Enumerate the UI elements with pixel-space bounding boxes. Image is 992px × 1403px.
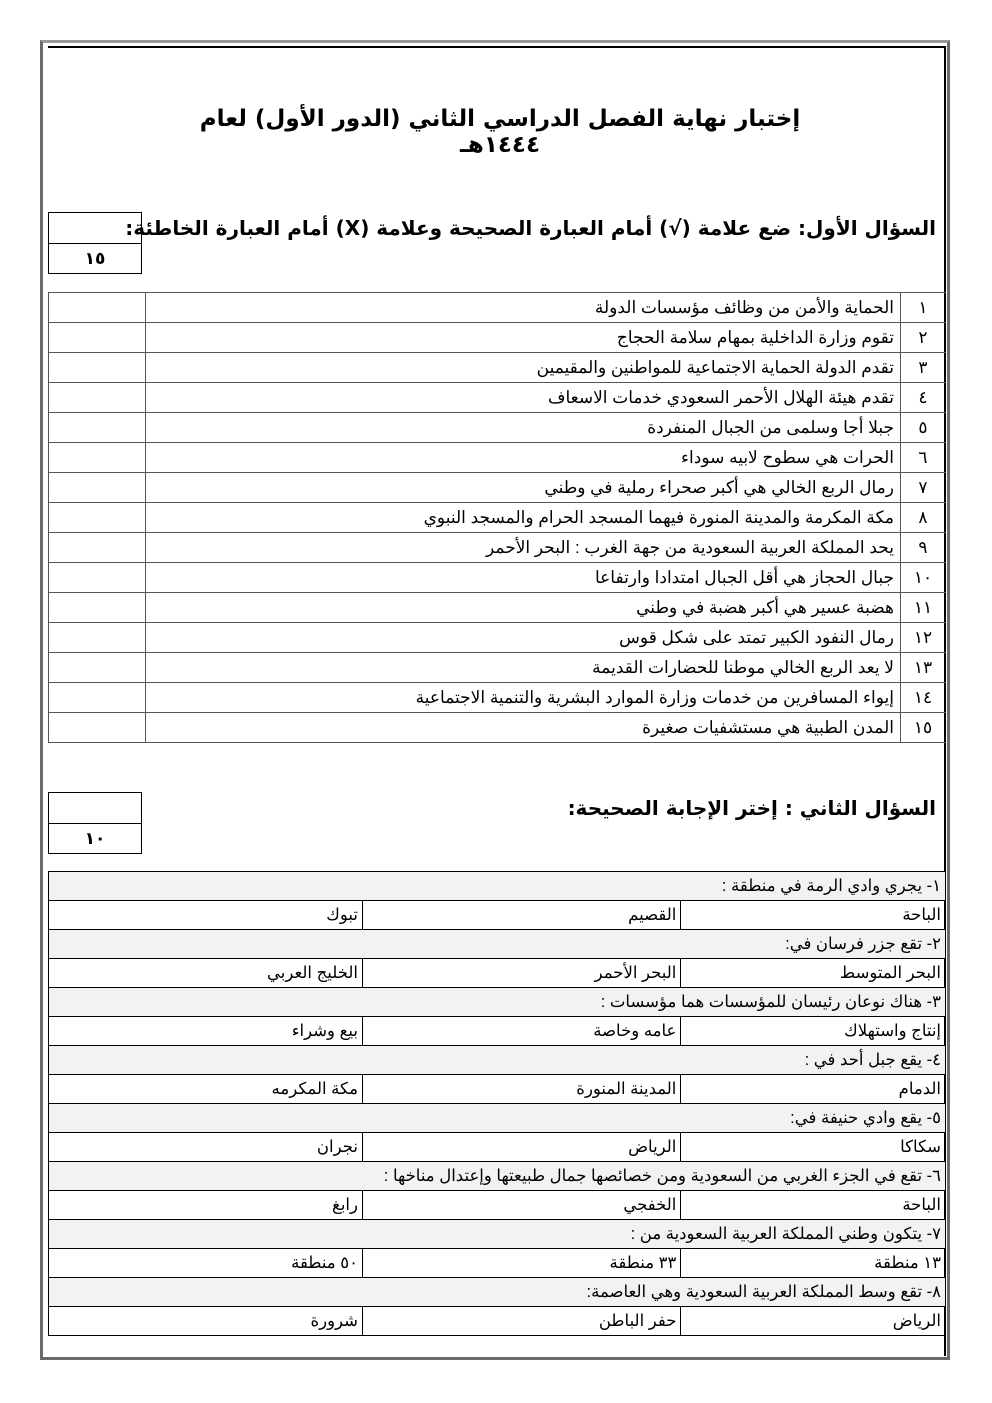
question-2-heading: السؤال الثاني : إختر الإجابة الصحيحة:	[568, 796, 936, 820]
mc-question-text: ٤- يقع جبل أحد في :	[49, 1046, 946, 1075]
statement-text: جبلا أجا وسلمى من الجبال المنفردة	[146, 413, 901, 443]
statement-number: ٦	[901, 443, 946, 473]
answer-cell[interactable]	[49, 623, 146, 653]
mc-question-row: ١- يجري وادي الرمة في منطقة :	[49, 872, 946, 901]
score-blank[interactable]	[49, 793, 141, 823]
answer-cell[interactable]	[49, 323, 146, 353]
mc-option[interactable]: حفر الباطن	[362, 1307, 680, 1336]
mc-option[interactable]: بيع وشراء	[49, 1017, 363, 1046]
answer-cell[interactable]	[49, 503, 146, 533]
statement-text: المدن الطبية هي مستشفيات صغيرة	[146, 713, 901, 743]
answer-cell[interactable]	[49, 593, 146, 623]
answer-cell[interactable]	[49, 353, 146, 383]
statement-text: تقدم الدولة الحماية الاجتماعية للمواطنين…	[146, 353, 901, 383]
statement-number: ٣	[901, 353, 946, 383]
statement-row: ٣تقدم الدولة الحماية الاجتماعية للمواطني…	[49, 353, 946, 383]
statement-text: يحد المملكة العربية السعودية من جهة الغر…	[146, 533, 901, 563]
statement-text: لا يعد الربع الخالي موطنا للحضارات القدي…	[146, 653, 901, 683]
mc-question-row: ٧- يتكون وطني المملكة العربية السعودية م…	[49, 1220, 946, 1249]
mc-question-row: ٨- تقع وسط المملكة العربية السعودية وهي …	[49, 1278, 946, 1307]
mc-option[interactable]: الباحة	[681, 1191, 946, 1220]
mc-option[interactable]: مكة المكرمه	[49, 1075, 363, 1104]
statement-text: الحرات هي سطوح لابيه سوداء	[146, 443, 901, 473]
mc-option[interactable]: المدينة المنورة	[362, 1075, 680, 1104]
statement-number: ١	[901, 293, 946, 323]
statement-number: ١٢	[901, 623, 946, 653]
answer-cell[interactable]	[49, 443, 146, 473]
score-total: ١٠	[49, 823, 141, 853]
mc-question-text: ٨- تقع وسط المملكة العربية السعودية وهي …	[49, 1278, 946, 1307]
statement-text: رمال الربع الخالي هي أكبر صحراء رملية في…	[146, 473, 901, 503]
statement-number: ٥	[901, 413, 946, 443]
mc-question-row: ٦- تقع في الجزء الغربي من السعودية ومن خ…	[49, 1162, 946, 1191]
mc-option[interactable]: ١٣ منطقة	[681, 1249, 946, 1278]
answer-cell[interactable]	[49, 563, 146, 593]
mc-options-row: إنتاج واستهلاكعامه وخاصةبيع وشراء	[49, 1017, 946, 1046]
statement-row: ١٠جبال الحجاز هي أقل الجبال امتدادا وارت…	[49, 563, 946, 593]
answer-cell[interactable]	[49, 473, 146, 503]
mc-option[interactable]: رابغ	[49, 1191, 363, 1220]
frame-inner-line	[48, 46, 946, 48]
mc-option[interactable]: إنتاج واستهلاك	[681, 1017, 946, 1046]
mc-question-row: ٣- هناك نوعان رئيسان للمؤسسات هما مؤسسات…	[49, 988, 946, 1017]
statement-row: ١الحماية والأمن من وظائف مؤسسات الدولة	[49, 293, 946, 323]
statement-row: ١٥المدن الطبية هي مستشفيات صغيرة	[49, 713, 946, 743]
statement-number: ٩	[901, 533, 946, 563]
mc-question-text: ٣- هناك نوعان رئيسان للمؤسسات هما مؤسسات…	[49, 988, 946, 1017]
statement-text: تقوم وزارة الداخلية بمهام سلامة الحجاج	[146, 323, 901, 353]
mc-question-text: ٥- يقع وادي حنيفة في:	[49, 1104, 946, 1133]
mc-options-row: ١٣ منطقة٣٣ منطقة٥٠ منطقة	[49, 1249, 946, 1278]
mc-question-row: ٥- يقع وادي حنيفة في:	[49, 1104, 946, 1133]
mc-option[interactable]: ٣٣ منطقة	[362, 1249, 680, 1278]
statement-number: ١١	[901, 593, 946, 623]
mc-question-row: ٤- يقع جبل أحد في :	[49, 1046, 946, 1075]
answer-cell[interactable]	[49, 293, 146, 323]
mc-question-row: ٢- تقع جزر فرسان في:	[49, 930, 946, 959]
statement-number: ١٤	[901, 683, 946, 713]
mc-option[interactable]: البحر المتوسط	[681, 959, 946, 988]
mc-question-text: ٧- يتكون وطني المملكة العربية السعودية م…	[49, 1220, 946, 1249]
mc-options-row: البحر المتوسطالبحر الأحمرالخليج العربي	[49, 959, 946, 988]
mc-option[interactable]: القصيم	[362, 901, 680, 930]
statement-text: مكة المكرمة والمدينة المنورة فيهما المسج…	[146, 503, 901, 533]
answer-cell[interactable]	[49, 713, 146, 743]
score-blank[interactable]	[49, 213, 141, 243]
statement-row: ٢تقوم وزارة الداخلية بمهام سلامة الحجاج	[49, 323, 946, 353]
mc-question-text: ١- يجري وادي الرمة في منطقة :	[49, 872, 946, 901]
statement-row: ٤تقدم هيئة الهلال الأحمر السعودي خدمات ا…	[49, 383, 946, 413]
statement-text: هضبة عسير هي أكبر هضبة في وطني	[146, 593, 901, 623]
statement-row: ١٣لا يعد الربع الخالي موطنا للحضارات الق…	[49, 653, 946, 683]
statement-text: رمال النفود الكبير تمتد على شكل قوس	[146, 623, 901, 653]
statement-text: جبال الحجاز هي أقل الجبال امتدادا وارتفا…	[146, 563, 901, 593]
statement-text: إيواء المسافرين من خدمات وزارة الموارد ا…	[146, 683, 901, 713]
mc-options-row: الباحةالخفجيرابغ	[49, 1191, 946, 1220]
mc-options-row: الرياضحفر الباطنشرورة	[49, 1307, 946, 1336]
mc-option[interactable]: نجران	[49, 1133, 363, 1162]
answer-cell[interactable]	[49, 383, 146, 413]
statement-number: ٨	[901, 503, 946, 533]
mc-options-row: سكاكاالرياضنجران	[49, 1133, 946, 1162]
mc-option[interactable]: الخفجي	[362, 1191, 680, 1220]
statement-number: ٢	[901, 323, 946, 353]
mc-option[interactable]: الرياض	[681, 1307, 946, 1336]
statement-row: ١٤إيواء المسافرين من خدمات وزارة الموارد…	[49, 683, 946, 713]
statement-text: تقدم هيئة الهلال الأحمر السعودي خدمات ال…	[146, 383, 901, 413]
mc-option[interactable]: عامه وخاصة	[362, 1017, 680, 1046]
statement-number: ١٥	[901, 713, 946, 743]
statement-row: ٨مكة المكرمة والمدينة المنورة فيهما المس…	[49, 503, 946, 533]
statement-row: ٧رمال الربع الخالي هي أكبر صحراء رملية ف…	[49, 473, 946, 503]
multiple-choice-table: ١- يجري وادي الرمة في منطقة :الباحةالقصي…	[48, 871, 946, 1336]
exam-title: إختبار نهاية الفصل الدراسي الثاني (الدور…	[180, 106, 820, 158]
score-total: ١٥	[49, 243, 141, 273]
mc-option[interactable]: الرياض	[362, 1133, 680, 1162]
true-false-table: ١الحماية والأمن من وظائف مؤسسات الدولة٢ت…	[48, 292, 946, 743]
mc-option[interactable]: البحر الأحمر	[362, 959, 680, 988]
mc-option[interactable]: الباحة	[681, 901, 946, 930]
answer-cell[interactable]	[49, 533, 146, 563]
statement-row: ٥جبلا أجا وسلمى من الجبال المنفردة	[49, 413, 946, 443]
question-1-score-box: ١٥	[48, 212, 142, 274]
answer-cell[interactable]	[49, 653, 146, 683]
mc-option[interactable]: شرورة	[49, 1307, 363, 1336]
mc-question-text: ٢- تقع جزر فرسان في:	[49, 930, 946, 959]
statement-number: ١٠	[901, 563, 946, 593]
mc-options-row: الباحةالقصيمتبوك	[49, 901, 946, 930]
mc-option[interactable]: ٥٠ منطقة	[49, 1249, 363, 1278]
question-2-score-box: ١٠	[48, 792, 142, 854]
statement-row: ٦الحرات هي سطوح لابيه سوداء	[49, 443, 946, 473]
mc-option[interactable]: الدمام	[681, 1075, 946, 1104]
question-1-heading: السؤال الأول: ضع علامة (√) أمام العبارة …	[125, 216, 936, 240]
statement-text: الحماية والأمن من وظائف مؤسسات الدولة	[146, 293, 901, 323]
mc-option[interactable]: سكاكا	[681, 1133, 946, 1162]
answer-cell[interactable]	[49, 413, 146, 443]
mc-option[interactable]: تبوك	[49, 901, 363, 930]
statement-row: ١٢رمال النفود الكبير تمتد على شكل قوس	[49, 623, 946, 653]
statement-number: ٤	[901, 383, 946, 413]
statement-row: ١١هضبة عسير هي أكبر هضبة في وطني	[49, 593, 946, 623]
mc-question-text: ٦- تقع في الجزء الغربي من السعودية ومن خ…	[49, 1162, 946, 1191]
statement-number: ٧	[901, 473, 946, 503]
answer-cell[interactable]	[49, 683, 146, 713]
mc-options-row: الدمامالمدينة المنورةمكة المكرمه	[49, 1075, 946, 1104]
statement-number: ١٣	[901, 653, 946, 683]
statement-row: ٩يحد المملكة العربية السعودية من جهة الغ…	[49, 533, 946, 563]
mc-option[interactable]: الخليج العربي	[49, 959, 363, 988]
